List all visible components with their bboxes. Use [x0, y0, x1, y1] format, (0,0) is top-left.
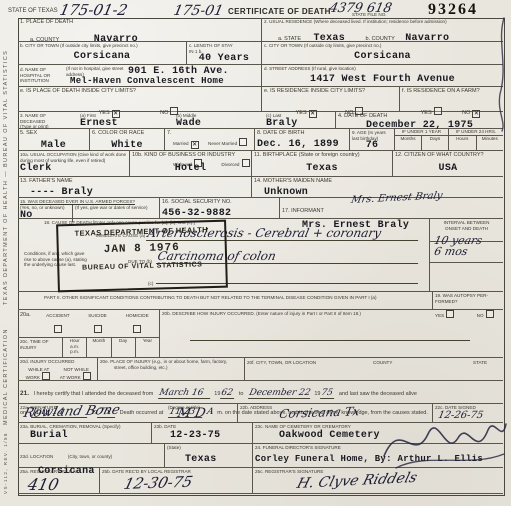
- field-place-city: b. CITY OR TOWN (If outside city limits,…: [18, 42, 187, 65]
- physician-address-handwritten: Corsicana Tx: [278, 404, 361, 421]
- degree-handwritten: M D: [176, 406, 207, 421]
- age-value: 76: [352, 140, 392, 152]
- field-physician-address: 22b. ADDRESS Corsicana Tx: [238, 404, 433, 423]
- field-residence-city: c. CITY OR TOWN (If outside city limits,…: [262, 42, 503, 65]
- field-label: 5. SEX: [20, 130, 87, 137]
- field-label: 6. COLOR OR RACE: [92, 130, 162, 137]
- field-label: 13. FATHER'S NAME: [20, 178, 249, 185]
- field-label: e. IS RESIDENCE INSIDE CITY LIMITS?: [264, 88, 397, 95]
- field-burial-location: 23d. LOCATION (City, town, or county) Co…: [18, 444, 165, 468]
- field-cemetery-name: 23c. NAME OF CEMETERY OR CREMATORY Oakwo…: [253, 423, 503, 444]
- serial-number: 93264: [428, 1, 478, 19]
- field-label: 14. MOTHER'S MAIDEN NAME: [254, 178, 501, 185]
- never-married-label: Never Married: [208, 141, 237, 146]
- field-certification-statement: 21. I hereby certify that I attended the…: [18, 381, 503, 404]
- injury-blank-line: [190, 340, 470, 341]
- field-label: 22b. ADDRESS: [240, 405, 272, 411]
- field-if-under-1-year: IF UNDER 1 YEAR Months Days: [395, 129, 449, 151]
- margin-medical-certification-label: MEDICAL CERTIFICATION: [3, 300, 9, 425]
- institution-name-value: Mel-Haven Convalescent Home: [70, 76, 224, 86]
- interval-b-handwritten: 6 mos: [433, 245, 469, 258]
- field-social-security-no: 16. SOCIAL SECURITY NO. 456-32-9882: [160, 198, 280, 219]
- field-label: f. IS RESIDENCE ON A FARM?: [402, 88, 501, 95]
- field-funeral-director-signature: 24. FUNERAL DIRECTOR'S SIGNATURE Corley …: [253, 444, 503, 468]
- field-date-received-registrar: 25b. DATE REC'D BY LOCAL REGISTRAR 12-30…: [100, 468, 253, 494]
- field-time-of-injury: 20c. TIME OFINJURY Houra.m.p.m. Month Da…: [18, 338, 160, 358]
- field-sex: 5. SEX Male: [18, 129, 90, 151]
- certificate-title: CERTIFICATE OF DEATH: [228, 7, 331, 16]
- field-label: 12. CITIZEN OF WHAT COUNTRY?: [395, 152, 501, 159]
- occupation-value: Clerk: [20, 163, 127, 175]
- accident-checkbox: [54, 325, 62, 333]
- field-label: 1. PLACE OF DEATH: [20, 19, 259, 26]
- field-date-of-death: 4. DATE OF DEATH December 22, 1975: [336, 112, 503, 129]
- field-label: 10b. KIND OF BUSINESS OR INDUSTRY: [132, 152, 249, 159]
- married-label: Married: [173, 141, 189, 146]
- field-fathers-name: 13. FATHER'S NAME ---- Braly: [18, 177, 252, 198]
- field-label: 25a. REGISTRAR'S FILE NO.: [20, 469, 97, 475]
- burial-date-value: 12-23-75: [170, 430, 250, 442]
- field-label: 11. BIRTHPLACE (State or foreign country…: [254, 152, 390, 159]
- field-if-under-24-hrs: IF UNDER 24 HRS. Hours Minutes: [449, 129, 503, 151]
- stamp-bureau-line: BUREAU OF VITAL STATISTICS: [59, 261, 225, 273]
- field-label: INTERVAL BETWEENONSET AND DEATH: [430, 219, 503, 231]
- field-place-inside-city-limits: e. IS PLACE OF DEATH INSIDE CITY LIMITS?…: [18, 87, 262, 112]
- field-label: 24. FUNERAL DIRECTOR'S SIGNATURE: [255, 445, 501, 451]
- field-label: 10a. USUAL OCCUPATION (Give kind of work…: [20, 152, 127, 163]
- field-describe-how-injury-occurred: 20b. DESCRIBE HOW INJURY OCCURRED. (Ente…: [160, 310, 503, 358]
- field-kind-of-business: 10b. KIND OF BUSINESS OR INDUSTRY Hotel: [130, 151, 252, 177]
- field-sublabel: (City, town, or county): [68, 454, 112, 459]
- field-residence-on-farm: f. IS RESIDENCE ON A FARM? YES NO✕: [400, 87, 503, 112]
- registrar-file-handwritten: 410: [26, 475, 61, 494]
- field-label: (State): [167, 445, 250, 451]
- married-checkbox: ✕: [191, 141, 199, 149]
- cemetery-value: Oakwood Cemetery: [279, 430, 501, 442]
- last-name-value: Braly: [266, 118, 298, 130]
- registration-stamp: TEXAS DEPARTMENT OF HEALTH JAN 8 1976 BU…: [56, 220, 228, 293]
- field-place-of-injury: 20e. PLACE OF INJURY (e.g., in or about …: [98, 358, 245, 381]
- field-number: 20a.: [20, 312, 31, 319]
- field-label: 17. INFORMANT: [282, 208, 324, 214]
- field-label: 20c. TIME OFINJURY: [20, 339, 60, 350]
- county-label: b. COUNTY: [365, 36, 394, 42]
- date-of-birth-value: Dec. 16, 1899: [257, 139, 347, 151]
- date-signed-handwritten: 12-26-75: [437, 410, 484, 421]
- attended-from-handwritten: March 16: [158, 388, 212, 399]
- field-color-or-race: 6. COLOR OR RACE White: [90, 129, 165, 151]
- field-label: 16. SOCIAL SECURITY NO.: [162, 199, 277, 206]
- margin-form-number: VS-112, REV. 1/58: [3, 428, 8, 494]
- field-label: d. STREET ADDRESS (If rural, give locati…: [264, 66, 501, 72]
- burial-value: Burial: [30, 430, 149, 442]
- certify-text-1: I hereby certify that I attended the dec…: [34, 391, 154, 397]
- state-of-texas-label: STATE OF TEXAS: [8, 8, 58, 15]
- race-value: White: [92, 140, 162, 152]
- field-marital-status: 7. Married✕ Never Married Widowed Divorc…: [165, 129, 255, 151]
- field-burial-state: (State) Texas: [165, 444, 253, 468]
- field-label: 20b. DESCRIBE HOW INJURY OCCURRED. (Ente…: [162, 311, 501, 317]
- field-label: d. NAME OFHOSPITAL ORINSTITUTION: [20, 67, 64, 84]
- field-usual-occupation: 10a. USUAL OCCUPATION (Give kind of work…: [18, 151, 130, 177]
- certify-text-2: and last saw the deceased alive: [339, 391, 417, 397]
- item-number: 21.: [20, 390, 29, 397]
- date-received-handwritten: 12-30-75: [122, 472, 195, 492]
- field-label: 20e. PLACE OF INJURY (e.g., in or about …: [100, 359, 242, 370]
- field-residence-inside-city-limits: e. IS RESIDENCE INSIDE CITY LIMITS? YES✕…: [262, 87, 400, 112]
- field-injury-city-county-state: 20f. CITY, TOWN, OR LOCATION COUNTY STAT…: [245, 358, 503, 381]
- citizen-value: USA: [395, 163, 501, 175]
- state-label: STATE: [473, 360, 487, 366]
- field-registrar-signature: 25c. REGISTRAR'S SIGNATURE H. Clyve Ridd…: [253, 468, 503, 494]
- field-place-of-death-county: 1. PLACE OF DEATH a. COUNTY Navarro: [18, 18, 262, 42]
- field-burial-date: 23b. DATE 12-23-75: [152, 423, 253, 444]
- field-interval-onset-death: INTERVAL BETWEENONSET AND DEATH 10 years…: [430, 219, 503, 292]
- death-certificate-scan: STATE OF TEXAS 175-01-2 175-01 CERTIFICA…: [0, 0, 511, 506]
- field-informant: 17. INFORMANT Mrs. Ernest Braly Mrs. Ern…: [280, 198, 503, 219]
- funeral-director-value: Corley Funeral Home, By: Arthur L. Ellis: [255, 454, 501, 464]
- month-column: Month: [86, 338, 110, 357]
- birthplace-value: Texas: [254, 163, 390, 175]
- field-name-of-deceased: 3. NAME OF DECEASED(Type or print) (a) F…: [18, 112, 336, 129]
- field-label: 19. WAS AUTOPSY PER- FORMED?: [435, 293, 501, 304]
- ssn-value: 456-32-9882: [162, 208, 277, 220]
- to-word: to: [239, 391, 244, 397]
- fathers-name-value: ---- Braly: [30, 187, 249, 199]
- stamp-department-line: TEXAS DEPARTMENT OF HEALTH: [58, 225, 224, 239]
- attended-to-handwritten: December 22: [248, 388, 312, 399]
- field-label: e. IS PLACE OF DEATH INSIDE CITY LIMITS?: [20, 88, 259, 95]
- hours-label: Hours: [449, 136, 476, 150]
- first-name-value: Ernest: [80, 118, 118, 130]
- state-label: a. STATE: [278, 36, 301, 42]
- year-column: Year: [135, 338, 159, 357]
- field-autopsy-performed: 19. WAS AUTOPSY PER- FORMED? YES NO: [433, 292, 503, 310]
- stamp-date: JAN 8 1976: [59, 241, 225, 258]
- field-citizen-of: 12. CITIZEN OF WHAT COUNTRY? USA: [393, 151, 503, 177]
- physician-signature-handwritten: Rowland Bone: [22, 403, 122, 421]
- field-part2-other-conditions: PART II. OTHER SIGNIFICANT CONDITIONS CO…: [18, 292, 433, 310]
- suicide-label: SUICIDE: [78, 313, 118, 319]
- field-date-of-birth: 8. DATE OF BIRTH Dec. 16, 1899: [255, 129, 350, 151]
- field-label: b. CITY OR TOWN (If outside city limits,…: [20, 43, 184, 49]
- field-burial-cremation: 23a. BURIAL, CREMATION, REMOVAL (Specify…: [18, 423, 152, 444]
- field-label: 2. USUAL RESIDENCE (Where deceased lived…: [264, 19, 501, 25]
- state-file-no-label: STATE FILE NO.: [352, 12, 387, 18]
- days-label: Days: [421, 136, 448, 150]
- accident-label: ACCIDENT: [38, 313, 78, 319]
- field-label: 23d. LOCATION: [20, 454, 53, 459]
- suicide-checkbox: [94, 325, 102, 333]
- sex-value: Male: [20, 140, 87, 152]
- field-injury-occurred: 20d. INJURY OCCURRED WHILE ATWORK NOT WH…: [18, 358, 98, 381]
- field-usual-residence: 2. USUAL RESIDENCE (Where deceased lived…: [262, 18, 503, 42]
- hour-column: Houra.m.p.m.: [62, 338, 86, 357]
- not-while-at-work-checkbox: [83, 372, 91, 380]
- field-label: 3. NAME OF DECEASED(Type or print): [20, 113, 72, 130]
- field-label: 4. DATE OF DEATH: [338, 113, 501, 120]
- not-while-at-work-option: NOT WHILEAT WORK: [58, 367, 96, 381]
- certificate-number-handwritten: 175-01-2: [58, 1, 129, 19]
- field-street-address: d. STREET ADDRESS (If rural, give locati…: [262, 65, 503, 87]
- months-label: Months: [395, 136, 421, 150]
- field-armed-forces: 15. WAS DECEASED EVER IN U.S. ARMED FORC…: [18, 198, 160, 219]
- field-label: 7.: [167, 130, 172, 137]
- margin-department-label: TEXAS DEPARTMENT OF HEALTH — BUREAU OF V…: [3, 55, 9, 305]
- field-registrar-file-no: 25a. REGISTRAR'S FILE NO. 410: [18, 468, 100, 494]
- field-physician-signature: 22a. SIGNATURE (Degree or title) Rowland…: [18, 404, 238, 423]
- field-accident-suicide-homicide: 20a. ACCIDENT SUICIDE HOMICIDE: [18, 310, 160, 338]
- from-year-handwritten: 62: [220, 388, 236, 399]
- to-year-handwritten: 75: [320, 388, 336, 399]
- never-married-checkbox: [239, 138, 247, 146]
- homicide-label: HOMICIDE: [117, 313, 157, 319]
- minutes-label: Minutes: [476, 136, 504, 150]
- while-at-work-option: WHILE ATWORK: [20, 367, 58, 381]
- city-value: Corsicana: [20, 51, 184, 63]
- stay-value: 40 Years: [189, 53, 259, 65]
- field-label: c. CITY OR TOWN (If outside city limits,…: [264, 43, 501, 49]
- county-label: COUNTY: [373, 360, 392, 366]
- field-age: 9. AGE (In yearslast birthday) 76: [350, 129, 395, 151]
- state-value: Texas: [185, 454, 250, 466]
- field-label: PART II. OTHER SIGNIFICANT CONDITIONS CO…: [44, 295, 430, 301]
- sublabel-war-dates: (If yes, give war or dates of service): [75, 205, 157, 211]
- middle-name-value: Wade: [176, 118, 201, 130]
- field-label: 20d. INJURY OCCURRED: [20, 359, 95, 365]
- district-number-handwritten: 175-01: [172, 3, 225, 19]
- field-label: 8. DATE OF BIRTH: [257, 130, 347, 137]
- field-date-signed: 22c. DATE SIGNED 12-26-75: [433, 404, 503, 423]
- homicide-checkbox: [133, 325, 141, 333]
- field-length-of-stay: c. LENGTH OF STAY IN 1 b. 40 Years: [187, 42, 262, 65]
- street-value: 1417 West Fourth Avenue: [264, 74, 501, 86]
- city-value: Corsicana: [264, 51, 501, 63]
- city-town-label: 20f. CITY, TOWN, OR LOCATION: [247, 360, 316, 366]
- while-at-work-checkbox: [42, 372, 50, 380]
- field-institution: d. NAME OFHOSPITAL ORINSTITUTION (If not…: [18, 65, 262, 87]
- day-column: Day: [111, 338, 135, 357]
- field-birthplace: 11. BIRTHPLACE (State or foreign country…: [252, 151, 393, 177]
- business-value: Hotel: [132, 163, 249, 175]
